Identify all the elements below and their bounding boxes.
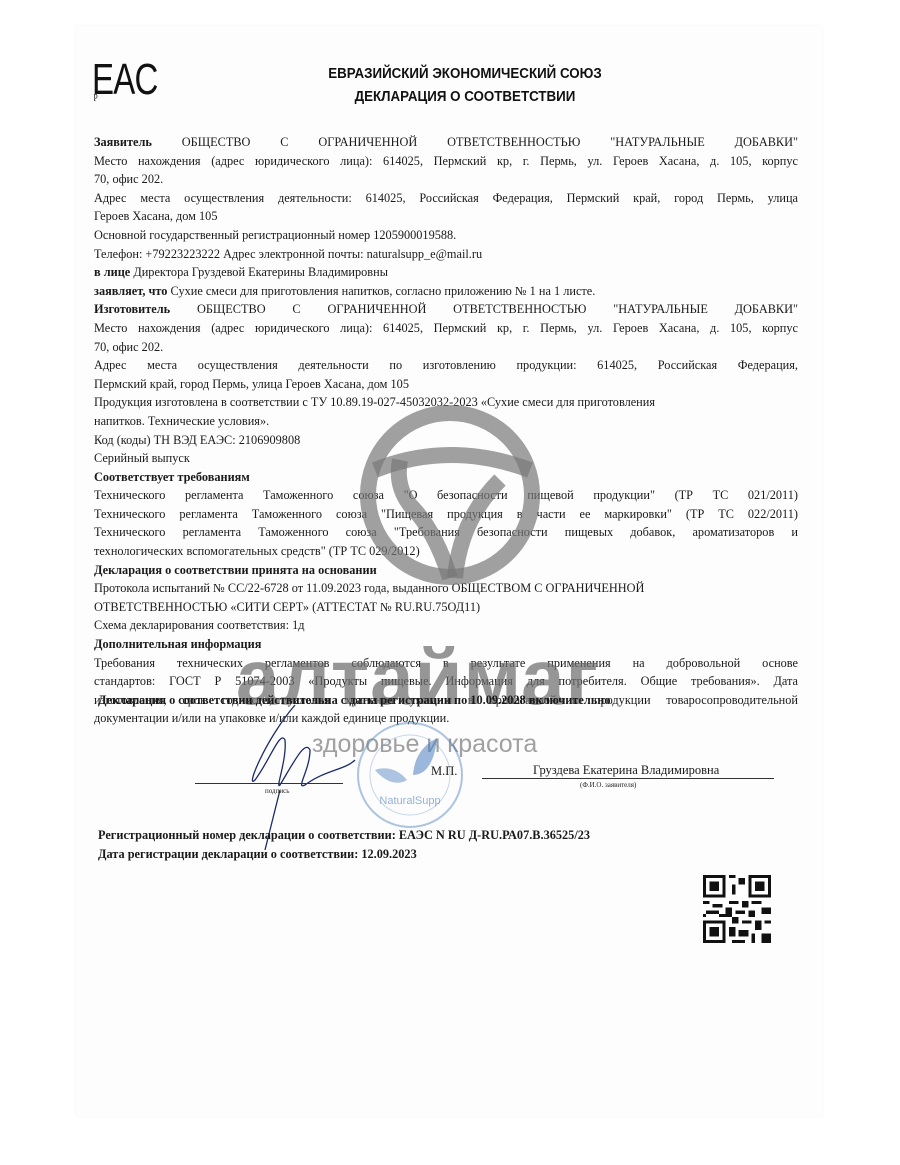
signer-name-line xyxy=(482,778,774,779)
applicant-activity-address-cont: Героев Хасана, дом 105 xyxy=(94,207,798,226)
tu-reference-cont: напитков. Технические условия». xyxy=(94,412,798,431)
applicant-contacts: Телефон: +79223223222 Адрес электронной … xyxy=(94,245,798,264)
additional-heading: Дополнительная информация xyxy=(94,635,798,654)
signature-line xyxy=(195,783,343,784)
tn-ved-code: Код (коды) ТН ВЭД ЕАЭС: 2106909808 xyxy=(94,431,798,450)
requirement-item: технологических вспомогательных средств"… xyxy=(94,542,798,561)
manufacturer-name: ОБЩЕСТВО С ОГРАНИЧЕННОЙ ОТВЕТСТВЕННОСТЬЮ… xyxy=(197,302,798,316)
applicant-ogrn: Основной государственный регистрационный… xyxy=(94,226,798,245)
declares-text: Сухие смеси для приготовления напитков, … xyxy=(171,284,596,298)
declaration-scheme: Схема декларирования соответствия: 1д xyxy=(94,616,798,635)
signature-caption: подпись xyxy=(265,787,289,795)
svg-text:NaturalSupp: NaturalSupp xyxy=(379,795,440,807)
registration-date: Дата регистрации декларации о соответств… xyxy=(98,847,417,862)
requirement-item: Технического регламента Таможенного союз… xyxy=(94,523,798,542)
tu-reference: Продукция изготовлена в соответствии с Т… xyxy=(94,393,798,412)
applicant-name: ОБЩЕСТВО С ОГРАНИЧЕННОЙ ОТВЕТСТВЕННОСТЬЮ… xyxy=(182,135,798,149)
applicant-line: Заявитель ОБЩЕСТВО С ОГРАНИЧЕННОЙ ОТВЕТС… xyxy=(94,133,798,152)
declares-line: заявляет, что Сухие смеси для приготовле… xyxy=(94,282,798,301)
release-type: Серийный выпуск xyxy=(94,449,798,468)
manufacturer-legal-address: Место нахождения (адрес юридического лиц… xyxy=(94,319,798,338)
production-address-cont: Пермский край, город Пермь, улица Героев… xyxy=(94,375,798,394)
manufacturer-line: Изготовитель ОБЩЕСТВО С ОГРАНИЧЕННОЙ ОТВ… xyxy=(94,300,798,319)
stamp-label: М.П. xyxy=(431,764,457,779)
basis-heading: Декларация о соответствии принята на осн… xyxy=(94,561,798,580)
manufacturer-label: Изготовитель xyxy=(94,302,170,316)
registration-number: Регистрационный номер декларации о соотв… xyxy=(98,828,590,843)
requirements-heading: Соответствует требованиям xyxy=(94,468,798,487)
requirement-item: Технического регламента Таможенного союз… xyxy=(94,486,798,505)
applicant-legal-address: Место нахождения (адрес юридического лиц… xyxy=(94,152,798,171)
requirement-item: Технического регламента Таможенного союз… xyxy=(94,505,798,524)
signer-name: Груздева Екатерина Владимировна xyxy=(533,763,719,778)
applicant-person: в лице Директора Груздевой Екатерины Вла… xyxy=(94,263,798,282)
qr-code-icon xyxy=(703,875,771,943)
fio-caption: (Ф.И.О. заявителя) xyxy=(580,781,636,789)
additional-line: стандартов: ГОСТ Р 51074-2003 «Продукты … xyxy=(94,672,798,691)
production-address: Адрес места осуществления деятельности п… xyxy=(94,356,798,375)
applicant-label: Заявитель xyxy=(94,135,152,149)
manufacturer-legal-address-cont: 70, офис 202. xyxy=(94,338,798,357)
declares-label: заявляет, что xyxy=(94,284,167,298)
declaration-body: Заявитель ОБЩЕСТВО С ОГРАНИЧЕННОЙ ОТВЕТС… xyxy=(94,133,798,728)
person-name: Директора Груздевой Екатерины Владимиров… xyxy=(133,265,388,279)
applicant-legal-address-cont: 70, офис 202. xyxy=(94,170,798,189)
basis-protocol-cont: ОТВЕТСТВЕННОСТЬЮ «СИТИ СЕРТ» (АТТЕСТАТ №… xyxy=(94,598,798,617)
basis-protocol: Протокола испытаний № СС/22-6728 от 11.0… xyxy=(94,579,798,598)
applicant-activity-address: Адрес места осуществления деятельности: … xyxy=(94,189,798,208)
document-title: ДЕКЛАРАЦИЯ О СООТВЕТСТВИИ xyxy=(51,89,879,105)
union-title: ЕВРАЗИЙСКИЙ ЭКОНОМИЧЕСКИЙ СОЮЗ xyxy=(51,66,879,82)
person-label: в лице xyxy=(94,265,130,279)
additional-line: Требования технических регламентов соблю… xyxy=(94,654,798,673)
